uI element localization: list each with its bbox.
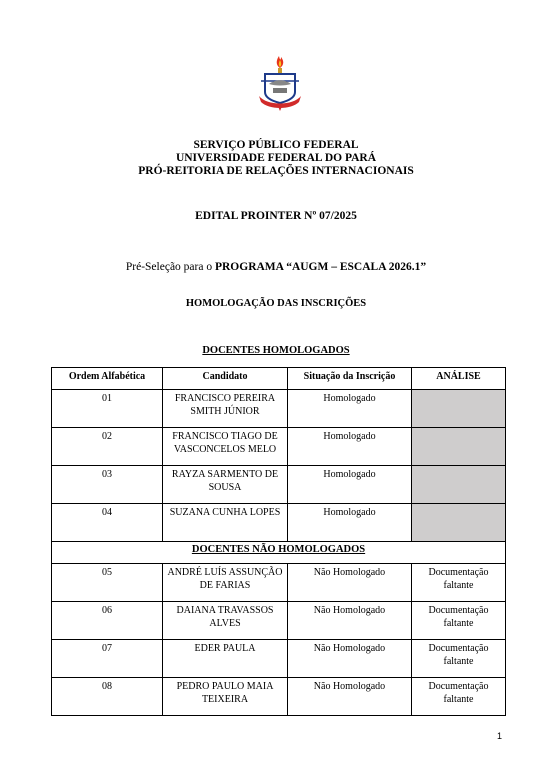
page-number: 1 (497, 731, 502, 741)
cell-candidato: FRANCISCO PEREIRA SMITH JÚNIOR (163, 390, 288, 428)
cell-candidato: PEDRO PAULO MAIA TEIXEIRA (163, 678, 288, 716)
col-header-ordem: Ordem Alfabética (52, 368, 163, 390)
cell-ordem: 03 (52, 466, 163, 504)
subtitle-prefix: Pré-Seleção para o (126, 261, 215, 273)
inscricoes-table: Ordem Alfabética Candidato Situação da I… (51, 367, 506, 716)
subtitle-program: PROGRAMA “AUGM – ESCALA 2026.1” (215, 261, 426, 273)
table-header-row: Ordem Alfabética Candidato Situação da I… (52, 368, 506, 390)
table-row: 03 RAYZA SARMENTO DE SOUSA Homologado (52, 466, 506, 504)
cell-situacao: Não Homologado (288, 678, 412, 716)
nao-homologados-title: DOCENTES NÃO HOMOLOGADOS (52, 542, 506, 564)
cell-candidato: DAIANA TRAVASSOS ALVES (163, 602, 288, 640)
cell-candidato: FRANCISCO TIAGO DE VASCONCELOS MELO (163, 428, 288, 466)
cell-analise (412, 390, 506, 428)
cell-ordem: 01 (52, 390, 163, 428)
table-title: DOCENTES HOMOLOGADOS (0, 345, 552, 356)
header-line-3: PRÓ-REITORIA DE RELAÇÕES INTERNACIONAIS (0, 165, 552, 178)
table-row: 07 EDER PAULA Não Homologado Documentaçã… (52, 640, 506, 678)
program-subtitle: Pré-Seleção para o PROGRAMA “AUGM – ESCA… (0, 261, 552, 273)
cell-situacao: Homologado (288, 390, 412, 428)
cell-analise (412, 466, 506, 504)
col-header-analise: ANÁLISE (412, 368, 506, 390)
ufpa-coat-of-arms-icon (255, 54, 305, 112)
cell-analise: Documentação faltante (412, 602, 506, 640)
cell-analise: Documentação faltante (412, 564, 506, 602)
cell-ordem: 05 (52, 564, 163, 602)
col-header-candidato: Candidato (163, 368, 288, 390)
cell-situacao: Não Homologado (288, 564, 412, 602)
cell-ordem: 08 (52, 678, 163, 716)
table-row: 01 FRANCISCO PEREIRA SMITH JÚNIOR Homolo… (52, 390, 506, 428)
cell-analise (412, 504, 506, 542)
cell-ordem: 04 (52, 504, 163, 542)
cell-ordem: 07 (52, 640, 163, 678)
table-row: 06 DAIANA TRAVASSOS ALVES Não Homologado… (52, 602, 506, 640)
cell-analise (412, 428, 506, 466)
cell-candidato: ANDRÉ LUÍS ASSUNÇÃO DE FARIAS (163, 564, 288, 602)
cell-candidato: RAYZA SARMENTO DE SOUSA (163, 466, 288, 504)
header-block: SERVIÇO PÚBLICO FEDERAL UNIVERSIDADE FED… (0, 139, 552, 178)
cell-ordem: 02 (52, 428, 163, 466)
cell-situacao: Homologado (288, 428, 412, 466)
col-header-situacao: Situação da Inscrição (288, 368, 412, 390)
header-line-2: UNIVERSIDADE FEDERAL DO PARÁ (0, 152, 552, 165)
cell-analise: Documentação faltante (412, 678, 506, 716)
table-row: 02 FRANCISCO TIAGO DE VASCONCELOS MELO H… (52, 428, 506, 466)
table-row: 08 PEDRO PAULO MAIA TEIXEIRA Não Homolog… (52, 678, 506, 716)
section-title: HOMOLOGAÇÃO DAS INSCRIÇÕES (0, 298, 552, 309)
edital-title: EDITAL PROINTER Nº 07/2025 (0, 210, 552, 222)
cell-candidato: EDER PAULA (163, 640, 288, 678)
cell-situacao: Homologado (288, 504, 412, 542)
table-row: 05 ANDRÉ LUÍS ASSUNÇÃO DE FARIAS Não Hom… (52, 564, 506, 602)
cell-candidato: SUZANA CUNHA LOPES (163, 504, 288, 542)
cell-situacao: Homologado (288, 466, 412, 504)
cell-situacao: Não Homologado (288, 640, 412, 678)
table-row: 04 SUZANA CUNHA LOPES Homologado (52, 504, 506, 542)
header-line-1: SERVIÇO PÚBLICO FEDERAL (0, 139, 552, 152)
nao-homologados-subheader: DOCENTES NÃO HOMOLOGADOS (52, 542, 506, 564)
cell-ordem: 06 (52, 602, 163, 640)
cell-analise: Documentação faltante (412, 640, 506, 678)
cell-situacao: Não Homologado (288, 602, 412, 640)
